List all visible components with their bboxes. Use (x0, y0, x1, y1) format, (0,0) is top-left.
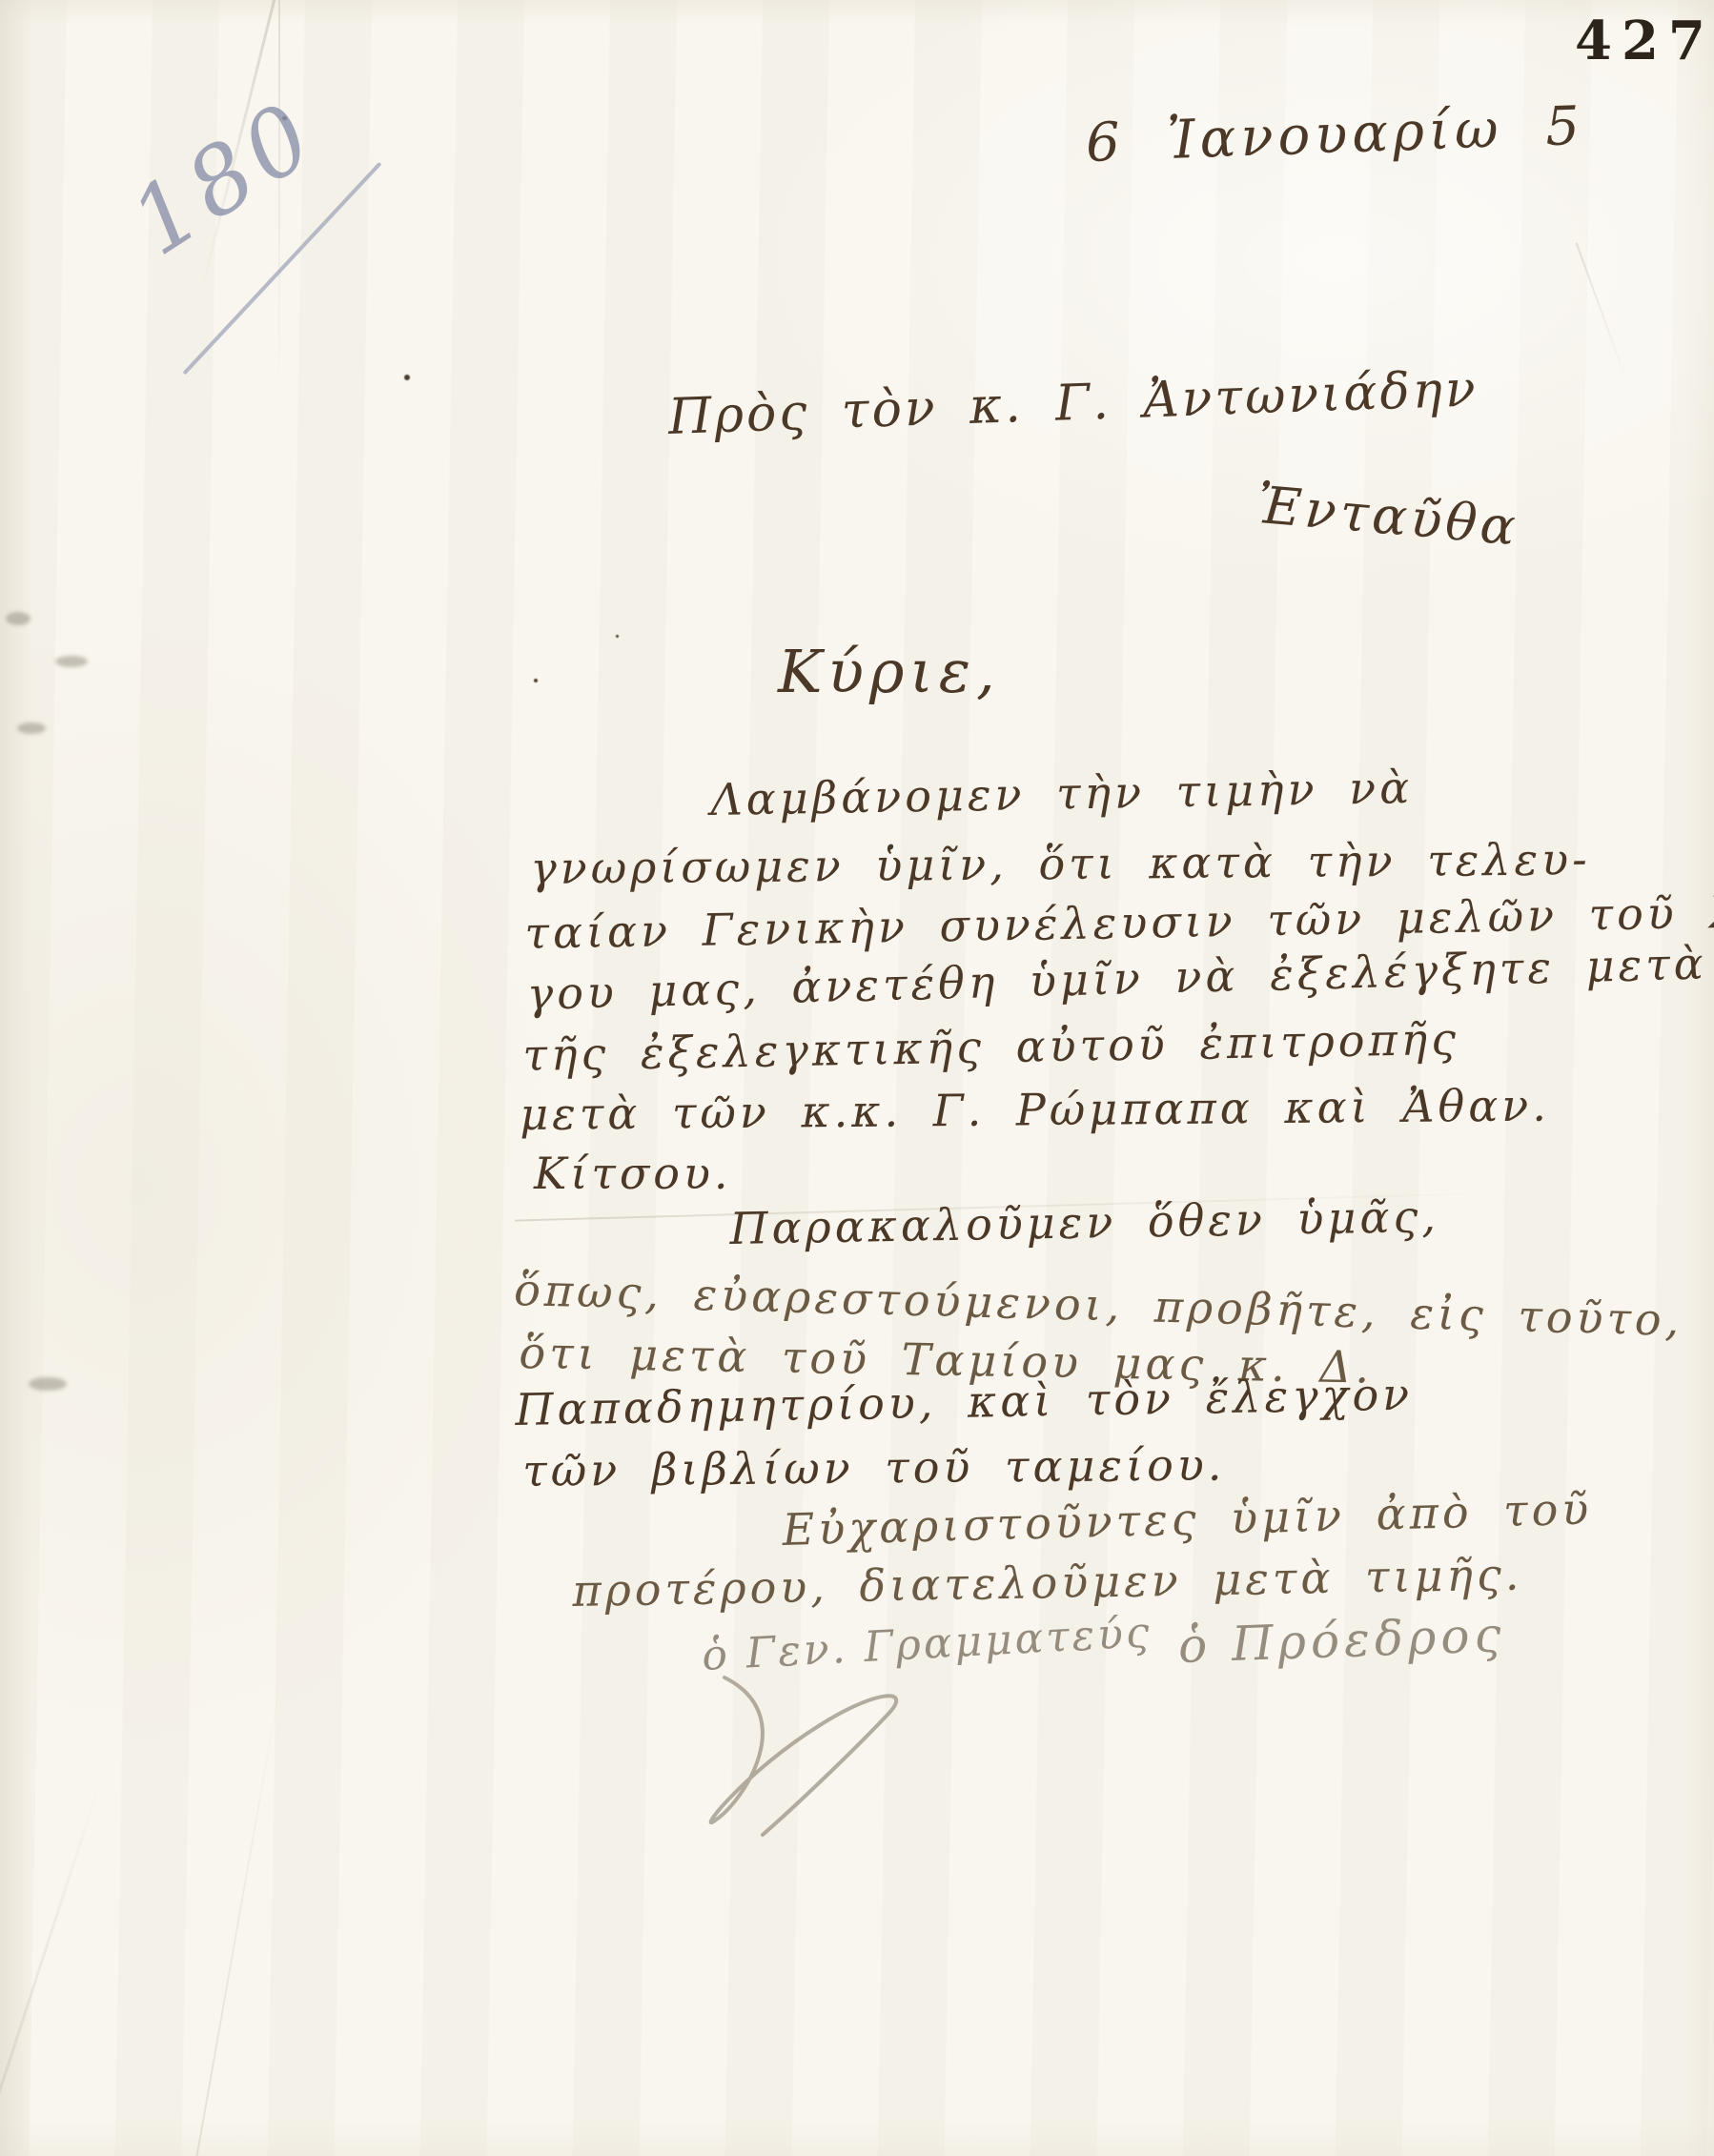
ink-smudge (55, 656, 88, 667)
ink-smudge (17, 722, 46, 734)
salutation: Κύριε, (778, 637, 1001, 706)
ink-speck (404, 375, 410, 380)
signature-flourish (686, 1658, 1030, 1849)
signature-president: ὁ Πρόεδρος (1177, 1607, 1506, 1674)
body-line: γνωρίσωμεν ὑμῖν, ὅτι κατὰ τὴν τελευ- (530, 833, 1591, 894)
page-number-stamp: 427 (1575, 10, 1714, 72)
ink-smudge (29, 1377, 67, 1391)
ink-speck (616, 635, 619, 638)
ink-speck (534, 679, 538, 682)
body-line: Κίτσου. (534, 1148, 732, 1199)
letter-scan: 427 180 6 Ἰανουαρίω 5 Πρὸς τὸν κ. Γ. Ἀντ… (0, 0, 1714, 2156)
body-line: μετὰ τῶν κ.κ. Γ. Ρώμπαπα καὶ Ἀθαν. (520, 1080, 1550, 1140)
body-line: τῶν βιβλίων τοῦ ταμείου. (522, 1439, 1226, 1496)
ink-smudge (6, 612, 31, 625)
